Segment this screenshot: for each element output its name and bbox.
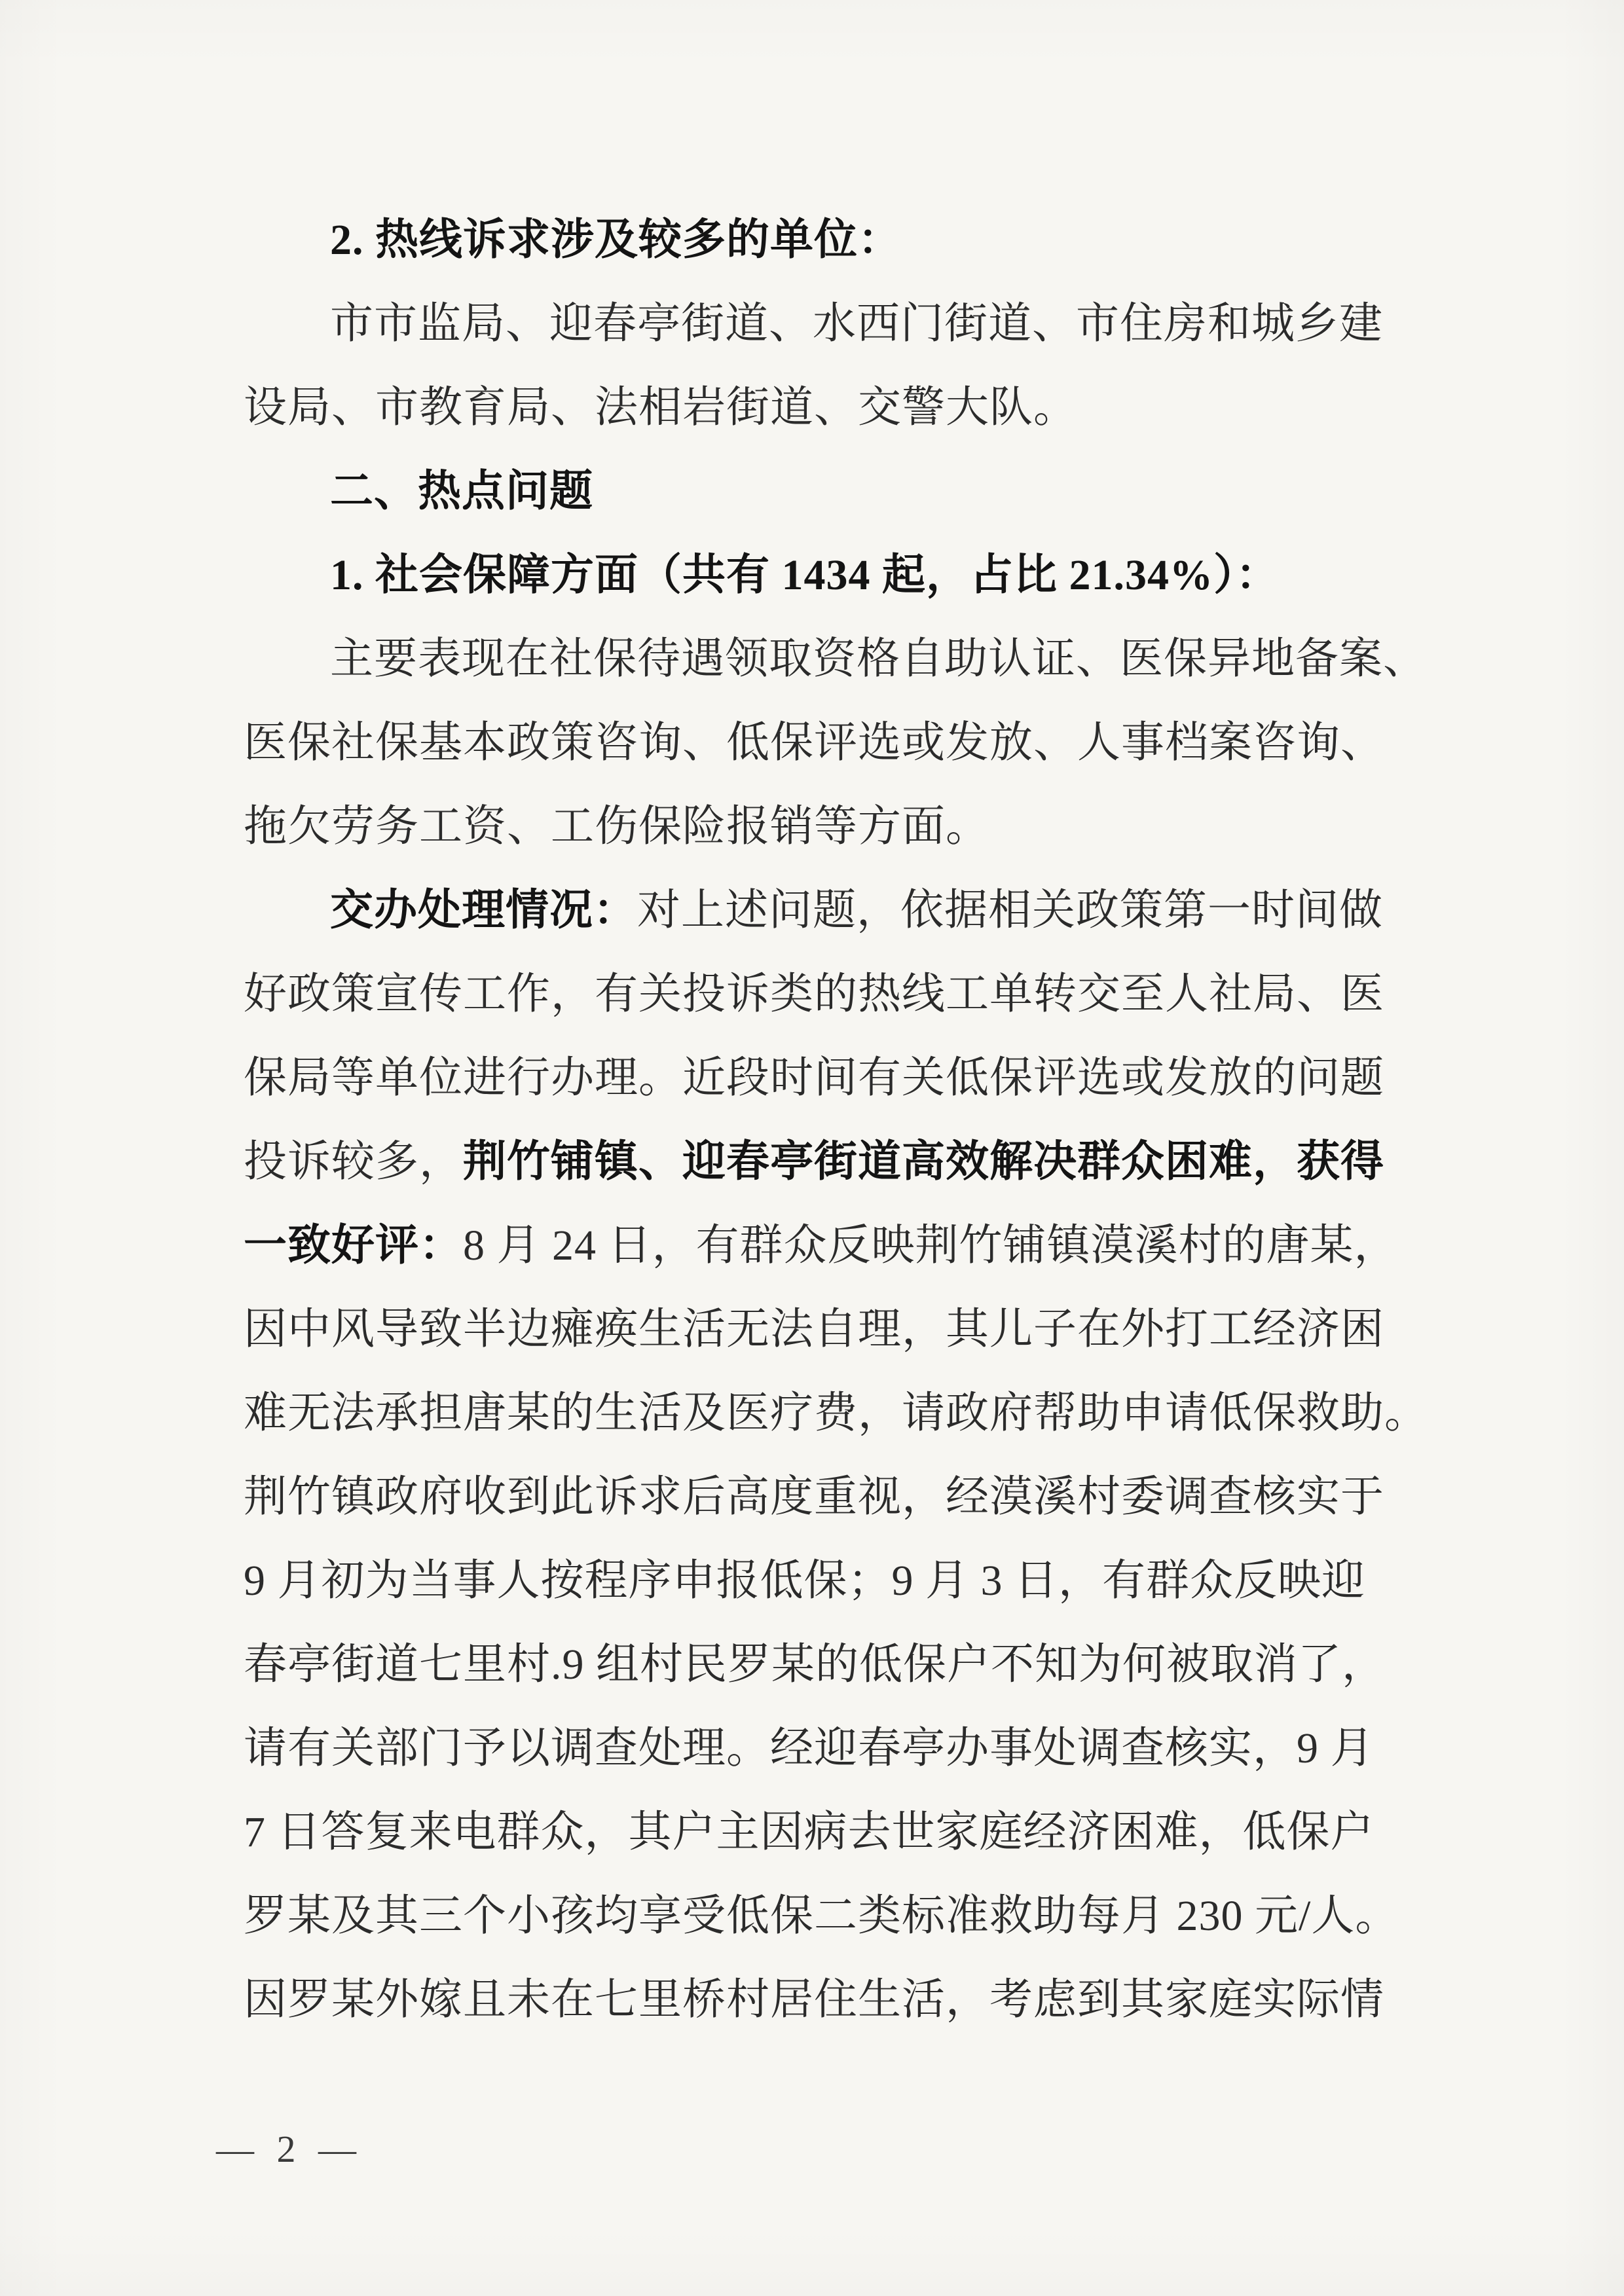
document-line: 荆竹镇政府收到此诉求后高度重视，经漠溪村委调查核实于 <box>244 1455 1429 1539</box>
emphasis-text-run: 2. 热线诉求涉及较多的单位： <box>330 216 902 264</box>
emphasis-text-run: 荆竹铺镇、迎春亭街道高效解决群众困难，获得 <box>463 1138 1384 1186</box>
emphasis-text-run: 交办处理情况： <box>330 886 637 934</box>
document-line: 拖欠劳务工资、工伤保险报销等方面。 <box>244 785 1429 869</box>
document-line: 请有关部门予以调查处理。经迎春亭办事处调查核实，9 月 <box>244 1707 1429 1791</box>
document-line: 罗某及其三个小孩均享受低保二类标准救助每月 230 元/人。 <box>244 1874 1429 1958</box>
document-line: 主要表现在社保待遇领取资格自助认证、医保异地备案、 <box>244 617 1429 701</box>
text-run: 7 日答复来电群众，其户主因病去世家庭经济困难，低保户 <box>244 1808 1375 1856</box>
text-run: 请有关部门予以调查处理。经迎春亭办事处调查核实，9 月 <box>244 1724 1375 1772</box>
document-line: 春亭街道七里村.9 组村民罗某的低保户不知为何被取消了， <box>244 1623 1429 1707</box>
document-line: 9 月初为当事人按程序申报低保；9 月 3 日，有群众反映迎 <box>244 1539 1429 1623</box>
text-run: 罗某及其三个小孩均享受低保二类标准救助每月 230 元/人。 <box>244 1892 1399 1940</box>
emphasis-text-run: 二、热点问题 <box>330 467 593 515</box>
text-run: 8 月 24 日，有群众反映荆竹铺镇漠溪村的唐某， <box>463 1222 1398 1269</box>
document-line: 市市监局、迎春亭街道、水西门街道、市住房和城乡建 <box>244 282 1429 366</box>
document-line: 交办处理情况：对上述问题，依据相关政策第一时间做 <box>244 869 1429 953</box>
document-line: 难无法承担唐某的生活及医疗费，请政府帮助申请低保救助。 <box>244 1372 1429 1455</box>
text-run: 对上述问题，依据相关政策第一时间做 <box>637 886 1383 934</box>
text-run: 设局、市教育局、法相岩街道、交警大队。 <box>244 384 1077 431</box>
text-run: 保局等单位进行办理。近段时间有关低保评选或发放的问题 <box>244 1054 1384 1102</box>
document-line: 因中风导致半边瘫痪生活无法自理，其儿子在外打工经济困 <box>244 1288 1429 1372</box>
document-line: 因罗某外嫁且未在七里桥村居住生活，考虑到其家庭实际情 <box>244 1958 1429 2042</box>
emphasis-text-run: 一致好评： <box>244 1222 463 1269</box>
text-run: 因中风导致半边瘫痪生活无法自理，其儿子在外打工经济困 <box>244 1305 1384 1353</box>
text-run: 难无法承担唐某的生活及医疗费，请政府帮助申请低保救助。 <box>244 1389 1428 1437</box>
text-run: 9 月初为当事人按程序申报低保；9 月 3 日，有群众反映迎 <box>244 1557 1365 1605</box>
page-number: — 2 — <box>216 2120 363 2179</box>
text-run: 拖欠劳务工资、工伤保险报销等方面。 <box>244 803 989 850</box>
emphasis-text-run: 1. 社会保障方面（共有 1434 起，占比 21.34%）： <box>330 551 1280 599</box>
document-line: 投诉较多，荆竹铺镇、迎春亭街道高效解决群众困难，获得 <box>244 1120 1429 1204</box>
text-run: 投诉较多， <box>244 1138 463 1186</box>
document-line: 一致好评：8 月 24 日，有群众反映荆竹铺镇漠溪村的唐某， <box>244 1204 1429 1288</box>
document-line: 保局等单位进行办理。近段时间有关低保评选或发放的问题 <box>244 1036 1429 1120</box>
document-body: 2. 热线诉求涉及较多的单位：市市监局、迎春亭街道、水西门街道、市住房和城乡建设… <box>244 198 1429 2042</box>
scanned-document-page: 2. 热线诉求涉及较多的单位：市市监局、迎春亭街道、水西门街道、市住房和城乡建设… <box>0 0 1624 2296</box>
document-line: 2. 热线诉求涉及较多的单位： <box>244 198 1429 282</box>
document-line: 二、热点问题 <box>244 450 1429 534</box>
text-run: 好政策宣传工作，有关投诉类的热线工单转交至人社局、医 <box>244 970 1384 1018</box>
text-run: 医保社保基本政策咨询、低保评选或发放、人事档案咨询、 <box>244 719 1384 767</box>
document-line: 医保社保基本政策咨询、低保评选或发放、人事档案咨询、 <box>244 701 1429 785</box>
document-line: 好政策宣传工作，有关投诉类的热线工单转交至人社局、医 <box>244 953 1429 1036</box>
text-run: 市市监局、迎春亭街道、水西门街道、市住房和城乡建 <box>330 300 1383 348</box>
document-line: 1. 社会保障方面（共有 1434 起，占比 21.34%）： <box>244 534 1429 617</box>
text-run: 主要表现在社保待遇领取资格自助认证、医保异地备案、 <box>330 635 1427 683</box>
document-line: 7 日答复来电群众，其户主因病去世家庭经济困难，低保户 <box>244 1791 1429 1874</box>
text-run: 因罗某外嫁且未在七里桥村居住生活，考虑到其家庭实际情 <box>244 1976 1384 2024</box>
document-line: 设局、市教育局、法相岩街道、交警大队。 <box>244 366 1429 450</box>
text-run: 荆竹镇政府收到此诉求后高度重视，经漠溪村委调查核实于 <box>244 1473 1384 1521</box>
text-run: 春亭街道七里村.9 组村民罗某的低保户不知为何被取消了， <box>244 1641 1386 1688</box>
